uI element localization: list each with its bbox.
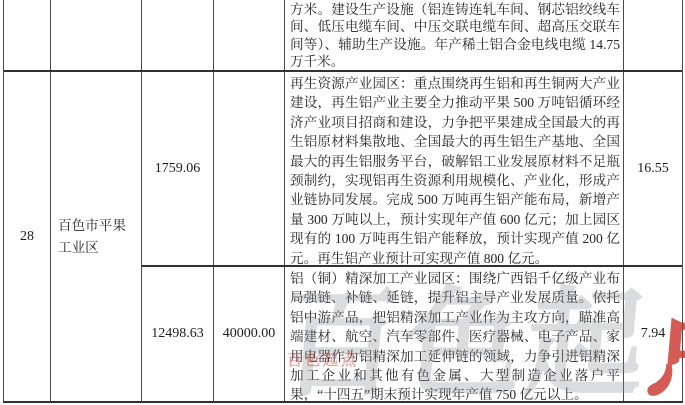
cell-sub2-amount-a: 12498.63 (142, 267, 214, 401)
row28-subrow-recycling-park: 1759.06 再生资源产业园区：重点围绕再生铝和再生铜两大产业建设，再生铝产业… (142, 72, 682, 267)
row28-subrows: 1759.06 再生资源产业园区：重点围绕再生铝和再生铜两大产业建设，再生铝产业… (142, 72, 682, 401)
cell-prev-index-empty (4, 0, 51, 70)
cell-row28-index: 28 (4, 72, 51, 401)
cell-prev-description: 方米。建设生产设施（铝连铸连轧车间、钢芯铝绞线车间、低压电缆车间、中压交联电缆车… (285, 0, 624, 70)
row28-subrow-deep-processing-park: 12498.63 40000.00 铝（铜）精深加工产业园区：围绕广西铝千亿级产… (142, 267, 682, 401)
industrial-parks-table: 方米。建设生产设施（铝连铸连轧车间、钢芯铝绞线车间、低压电缆车间、中压交联电缆车… (3, 0, 683, 403)
cell-prev-name-empty (51, 0, 142, 70)
cell-sub1-value: 16.55 (624, 72, 682, 265)
table-row-28: 28 百色市平果工业区 1759.06 再生资源产业园区：重点围绕再生铝和再生铜… (4, 72, 682, 401)
cell-sub2-description: 铝（铜）精深加工产业园区：围绕广西铝千亿级产业布局强链、补链、延链，提升铝主导产… (285, 267, 624, 401)
document-page: 方米。建设生产设施（铝连铸连轧车间、钢芯铝绞线车间、低压电缆车间、中压交联电缆车… (0, 0, 685, 405)
table-row-previous-partial: 方米。建设生产设施（铝连铸连轧车间、钢芯铝绞线车间、低压电缆车间、中压交联电缆车… (4, 0, 682, 72)
cell-sub2-value: 7.94 (624, 267, 682, 401)
cell-row28-park-name: 百色市平果工业区 (51, 72, 142, 401)
cell-sub1-amount-a: 1759.06 (142, 72, 214, 265)
cell-sub1-amount-b (214, 72, 285, 265)
cell-sub1-description: 再生资源产业园区：重点围绕再生铝和再生铜两大产业建设，再生铝产业主要全力推动平果… (285, 72, 624, 265)
cell-prev-amount-a-empty (142, 0, 214, 70)
cell-prev-amount-b-empty (214, 0, 285, 70)
cell-prev-value-empty (624, 0, 682, 70)
cell-sub2-amount-b: 40000.00 (214, 267, 285, 401)
